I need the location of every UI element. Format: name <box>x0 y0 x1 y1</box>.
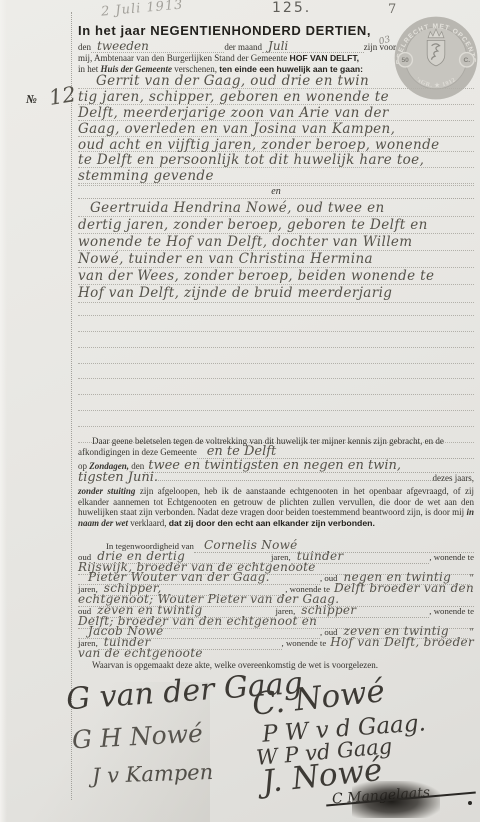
pencil-number-annotation: 125. <box>272 0 311 16</box>
groom-line: Delft, meerderjarige zoon van Arie van d… <box>78 105 474 121</box>
dates-handwritten-2: tigsten Juni. <box>78 473 158 484</box>
signature-mother-groom: J v Kampen <box>92 760 214 788</box>
declaration-vows: zonder stuiting zijn afgeloopen, heb ik … <box>78 486 474 529</box>
witness4-residence: Hof van Delft, broeder <box>326 635 474 649</box>
witnesses-block: In tegenwoordigheid van Cornelis Nowé ou… <box>78 538 474 657</box>
dates-handwritten-1: twee en twintigsten en negen en twin, <box>144 461 474 473</box>
witness-row: jaren, tuinder , wonende te Hof van Delf… <box>78 635 474 646</box>
header-line2-end: zijn voor <box>364 42 396 53</box>
groom-line: Gerrit van der Gaag, oud drie en twin <box>78 73 474 89</box>
pencil-date-annotation: 2 Juli 1913 <box>101 0 185 20</box>
dates-filler <box>158 480 432 481</box>
marriage-certificate-page: 2 Juli 1913 125. 7 03 ZEGELRECHT MET OPC… <box>0 0 480 822</box>
witness-row: Pieter Wouter van der Gaag. , oud negen … <box>78 570 474 581</box>
bride-line: Nowé, tuinder en van Christina Hermina <box>78 251 474 268</box>
wonende-label: , wonende te <box>282 638 327 648</box>
declaration-line1: Daar geene beletselen tegen de voltrekki… <box>78 436 474 447</box>
witness-row: Jacob Nowé , oud zeven en twintig " <box>78 624 474 635</box>
witness4-residence-cont: van de echtgenoote <box>78 646 203 660</box>
blank-line <box>78 395 474 411</box>
witness-row: In tegenwoordigheid van Cornelis Nowé <box>78 538 474 549</box>
afkondigingen-text: afkondigingen in deze Gemeente <box>78 447 197 458</box>
blank-line <box>78 300 474 316</box>
month-fill-handwritten: Juli <box>262 41 364 53</box>
groom-line: Gaag, overleden en van Josina van Kampen… <box>78 121 474 137</box>
blank-line <box>78 348 474 364</box>
seal-denomination-unit: C. <box>464 57 471 64</box>
vows-text-2: verklaard, <box>130 518 166 528</box>
witness-row: Rijswijk, broeder van de echtgenoote <box>78 560 474 571</box>
blank-line <box>78 364 474 380</box>
witness-row: Delft; broeder van den echtgenoot en <box>78 614 474 625</box>
witness-row: jaren, schipper, , wonende te Delft broe… <box>78 581 474 592</box>
blank-line <box>78 411 474 427</box>
blank-line <box>78 379 474 395</box>
blank-ruled-section <box>78 300 474 443</box>
blank-line <box>78 316 474 332</box>
page-left-edge <box>0 0 7 822</box>
bride-line: Geertruida Hendrina Nowé, oud twee en <box>78 200 474 217</box>
official-text: mij, Ambtenaar van den Burgerlijken Stan… <box>78 53 287 63</box>
bride-line: wonende te Hof van Delft, dochter van Wi… <box>78 234 474 251</box>
groom-line: oud acht en vijftig jaren, zonder beroep… <box>78 137 474 153</box>
vows-bold-conclusion: dat zij door den echt aan elkander zijn … <box>169 518 375 528</box>
bride-line: van der Wees, zonder beroep, beiden wone… <box>78 268 474 285</box>
blank-line <box>78 177 474 186</box>
declaration-intro: Daar geene beletselen tegen de voltrekki… <box>78 436 474 459</box>
signature-end-dot <box>468 801 472 805</box>
act-number-value: 12 <box>47 82 77 110</box>
header-official-line: mij, Ambtenaar van den Burgerlijken Stan… <box>78 53 396 64</box>
dezes-jaars-label: dezes jaars, <box>433 473 474 484</box>
witness-row: echtgenoot; Wouter Pieter van der Gaag. <box>78 592 474 603</box>
header-year-line: In het jaar NEGENTIENHONDERD DERTIEN, <box>78 23 396 38</box>
conjunction-line: en <box>78 186 474 199</box>
zonder-stuiting: zonder stuiting <box>78 486 135 496</box>
den-label: den <box>78 42 91 53</box>
header-block: In het jaar NEGENTIENHONDERD DERTIEN, de… <box>78 23 396 75</box>
act-number-label: № <box>26 92 37 107</box>
vows-text-1: zijn afgeloopen, heb ik de aanstaande ec… <box>78 486 474 517</box>
groom-line: te Delft en persoonlijk tot dit huwelijk… <box>78 152 474 168</box>
gemeente-name: HOF VAN DELFT, <box>290 53 360 63</box>
blank-line <box>78 332 474 348</box>
groom-paragraph: Gerrit van der Gaag, oud drie en twin ti… <box>78 73 474 184</box>
header-day-line: den tweeden der maand Juli zijn voor <box>78 41 396 53</box>
bride-paragraph: Geertruida Hendrina Nowé, oud twee en de… <box>78 200 474 303</box>
seal-denomination-value: 50 <box>402 57 410 64</box>
declaration-dates: op Zondagen, den twee en twintigsten en … <box>78 461 474 484</box>
day-fill-handwritten: tweeden <box>91 41 224 53</box>
maand-label: der maand <box>224 42 262 53</box>
bride-line: dertig jaren, zonder beroep, geboren te … <box>78 217 474 234</box>
dates-line2: tigsten Juni. dezes jaars, <box>78 473 474 484</box>
groom-line: tig jaren, schipper, geboren en wonende … <box>78 89 474 105</box>
